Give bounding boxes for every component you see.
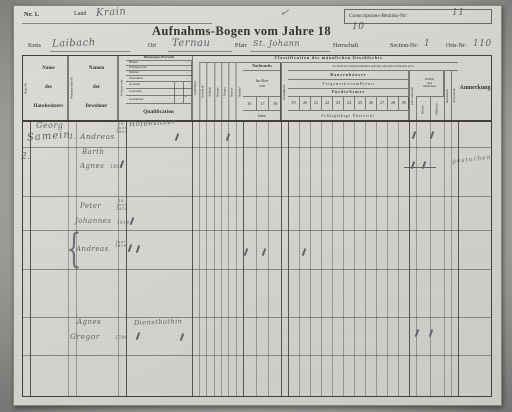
- behausung-mini-table: Getraute Geborene Gestorbene ✓: [126, 81, 192, 103]
- alter-line2: von: [259, 84, 265, 88]
- rb-line3: V o r g e m e r k t e z u m D i e n s t: [288, 80, 409, 89]
- row-line: [22, 196, 492, 197]
- col-adelige: Adelige: [206, 63, 213, 121]
- conscription-box: Conscriptions-Bezirks-Nr:: [344, 9, 492, 24]
- weiber-box: Weiber und Mädchen: [416, 71, 444, 97]
- col-hausbesitzer: Name des Hausbesitzers: [30, 55, 68, 121]
- col-abwesende: Abwesende: [451, 71, 458, 121]
- mini-label: Gestorbene: [129, 98, 144, 102]
- col-haeusler: Häusler: [236, 63, 244, 121]
- rb-line4: F ü r d i e A r m e e: [288, 89, 409, 97]
- herrschaft-label: Herrschaft: [333, 43, 358, 50]
- row-line: [22, 269, 492, 270]
- nachwuchs-title: Nachwuchs: [243, 63, 281, 71]
- resident-name: Gregor: [70, 332, 100, 341]
- col-weiber: Weiber: [416, 97, 430, 121]
- age-cell: 26: [365, 97, 376, 110]
- ages-row: 19 20 21 22 23 24 25 26 27 28 29: [288, 97, 409, 110]
- behausung-table: Häuser— Wohnparteien— Männer— Zusammen—: [126, 61, 192, 81]
- age-18: 18: [268, 97, 281, 110]
- owner-name-line1: Georg: [36, 121, 63, 130]
- pfarr-value-handwriting: St. Johann: [253, 39, 300, 48]
- orts-value-handwriting: 110: [473, 39, 492, 49]
- behausung-label: Männer: [129, 71, 139, 75]
- age-cell: 29: [398, 97, 409, 110]
- behausung-label: Zusammen: [129, 77, 143, 81]
- mini-label: Geborene: [129, 90, 141, 94]
- resident-name: Agnes: [80, 162, 104, 170]
- col-bewohner-line2: der: [93, 85, 100, 91]
- resident-name: Barth: [82, 148, 105, 156]
- col-wohnpartei-nr: Wohnparteien-Nr.: [68, 55, 76, 121]
- behausung-dash: —: [186, 71, 189, 75]
- col-bewohner-line3: Bewohner: [86, 104, 108, 110]
- col-beamte: Beamte: [214, 63, 221, 121]
- col-zusammen: Zusammen: [192, 55, 199, 121]
- birth-date-line: 1818: [115, 244, 127, 248]
- row-line: [22, 230, 492, 231]
- land-label: Land: [74, 11, 86, 18]
- ort-label: Ort: [148, 43, 156, 50]
- mini-check-mark: ✓: [184, 94, 189, 100]
- mini-grid: ✓: [174, 82, 191, 103]
- ort-value-handwriting: Ternau: [172, 38, 210, 49]
- kreis-value-handwriting: Laibach: [52, 37, 96, 50]
- rb-bottom: Schlagfähige Übersicht: [288, 110, 409, 121]
- orts-label: Orts-Nr:: [446, 43, 466, 50]
- form-title: Aufnahms-Bogen vom Jahre 18: [152, 24, 331, 38]
- age-cell: 25: [354, 97, 365, 110]
- row-line: [22, 147, 492, 148]
- age-cell: 28: [387, 97, 398, 110]
- nachwuchs-alter: Im Alter von: [243, 71, 281, 97]
- rb-line1: Zu Ende der wenigen Rubriken gehörige un…: [288, 63, 458, 71]
- col-untaugliche: Untaugliche: [281, 63, 288, 121]
- age-cell: 22: [321, 97, 332, 110]
- age-cell: 23: [332, 97, 343, 110]
- age-16: 16: [243, 97, 256, 110]
- weiber-box-line3: Mädchen: [423, 85, 436, 89]
- col-bewohner-line1: Namen: [89, 66, 104, 72]
- rb-line2: B a u e r n h ä u s e r: [288, 71, 409, 80]
- check-mark-handwriting: ✓: [279, 5, 290, 19]
- col-hausbesitzer-line1: Name: [42, 66, 55, 72]
- kreis-label: Kreis: [28, 43, 41, 50]
- col-bewohner: Namen der Bewohner: [76, 55, 118, 121]
- conscription-label: Conscriptions-Bezirks-Nr:: [349, 13, 407, 19]
- resident-name: Agnes: [77, 318, 101, 326]
- mini-label: Getraute: [129, 83, 140, 87]
- section-label: Section-Nr:: [390, 43, 418, 50]
- behausung-dash: —: [186, 77, 189, 81]
- age-cell: 20: [299, 97, 310, 110]
- qualification-handwriting: Dienstbothin: [134, 317, 183, 327]
- kreis-underline: [50, 51, 130, 52]
- ort-underline: [168, 51, 232, 52]
- age-cell: 24: [343, 97, 354, 110]
- age-cell: 19: [288, 97, 299, 110]
- col-beurlaubte: Beurlaubte: [444, 71, 451, 121]
- section-value-handwriting: 1: [424, 39, 430, 49]
- col-landwehr: Zur Landwehr: [409, 71, 416, 121]
- row-line: [22, 355, 492, 356]
- row-line: [22, 317, 492, 318]
- col-hausbesitzer-line3: Hausbesitzers: [34, 104, 64, 110]
- resident-name: Andreas: [76, 245, 109, 253]
- age-17: 17: [256, 97, 269, 110]
- resident-name: Johannes: [75, 217, 111, 225]
- nachwuchs-jahre: Jahre: [243, 110, 281, 121]
- birth-date-stack: Juni 1818: [115, 240, 127, 248]
- age-cell: 27: [376, 97, 387, 110]
- conscription-value-handwriting: 11: [452, 8, 464, 18]
- col-haus-nr: Haus-Nr.: [22, 55, 30, 121]
- classification-title: Classification des männlichen Geschlecht…: [199, 55, 458, 63]
- resident-name: Andreas: [80, 132, 115, 141]
- col-maedchen: Mädchen: [430, 97, 444, 121]
- anmerkung-header: Anmerkung: [458, 55, 492, 121]
- nachwuchs-block: Nachwuchs Im Alter von 16 17 18 Jahre: [243, 63, 281, 121]
- col-bauern: Bauern: [228, 63, 235, 121]
- pfarr-underline: [250, 51, 330, 52]
- pfarr-label: Pfarr: [235, 43, 247, 50]
- land-value-handwriting: Krain: [96, 6, 127, 19]
- col-hausbesitzer-line2: des: [45, 85, 52, 91]
- resident-name: Peter: [80, 202, 101, 210]
- scanned-conscription-form: Nr. 1. Land Krain Aufnahms-Bogen vom Jah…: [0, 0, 512, 412]
- col-geburtsjahr: Geburts-Jahr: [118, 55, 126, 121]
- age-cell: 21: [310, 97, 321, 110]
- sheet-number: Nr. 1.: [24, 11, 39, 18]
